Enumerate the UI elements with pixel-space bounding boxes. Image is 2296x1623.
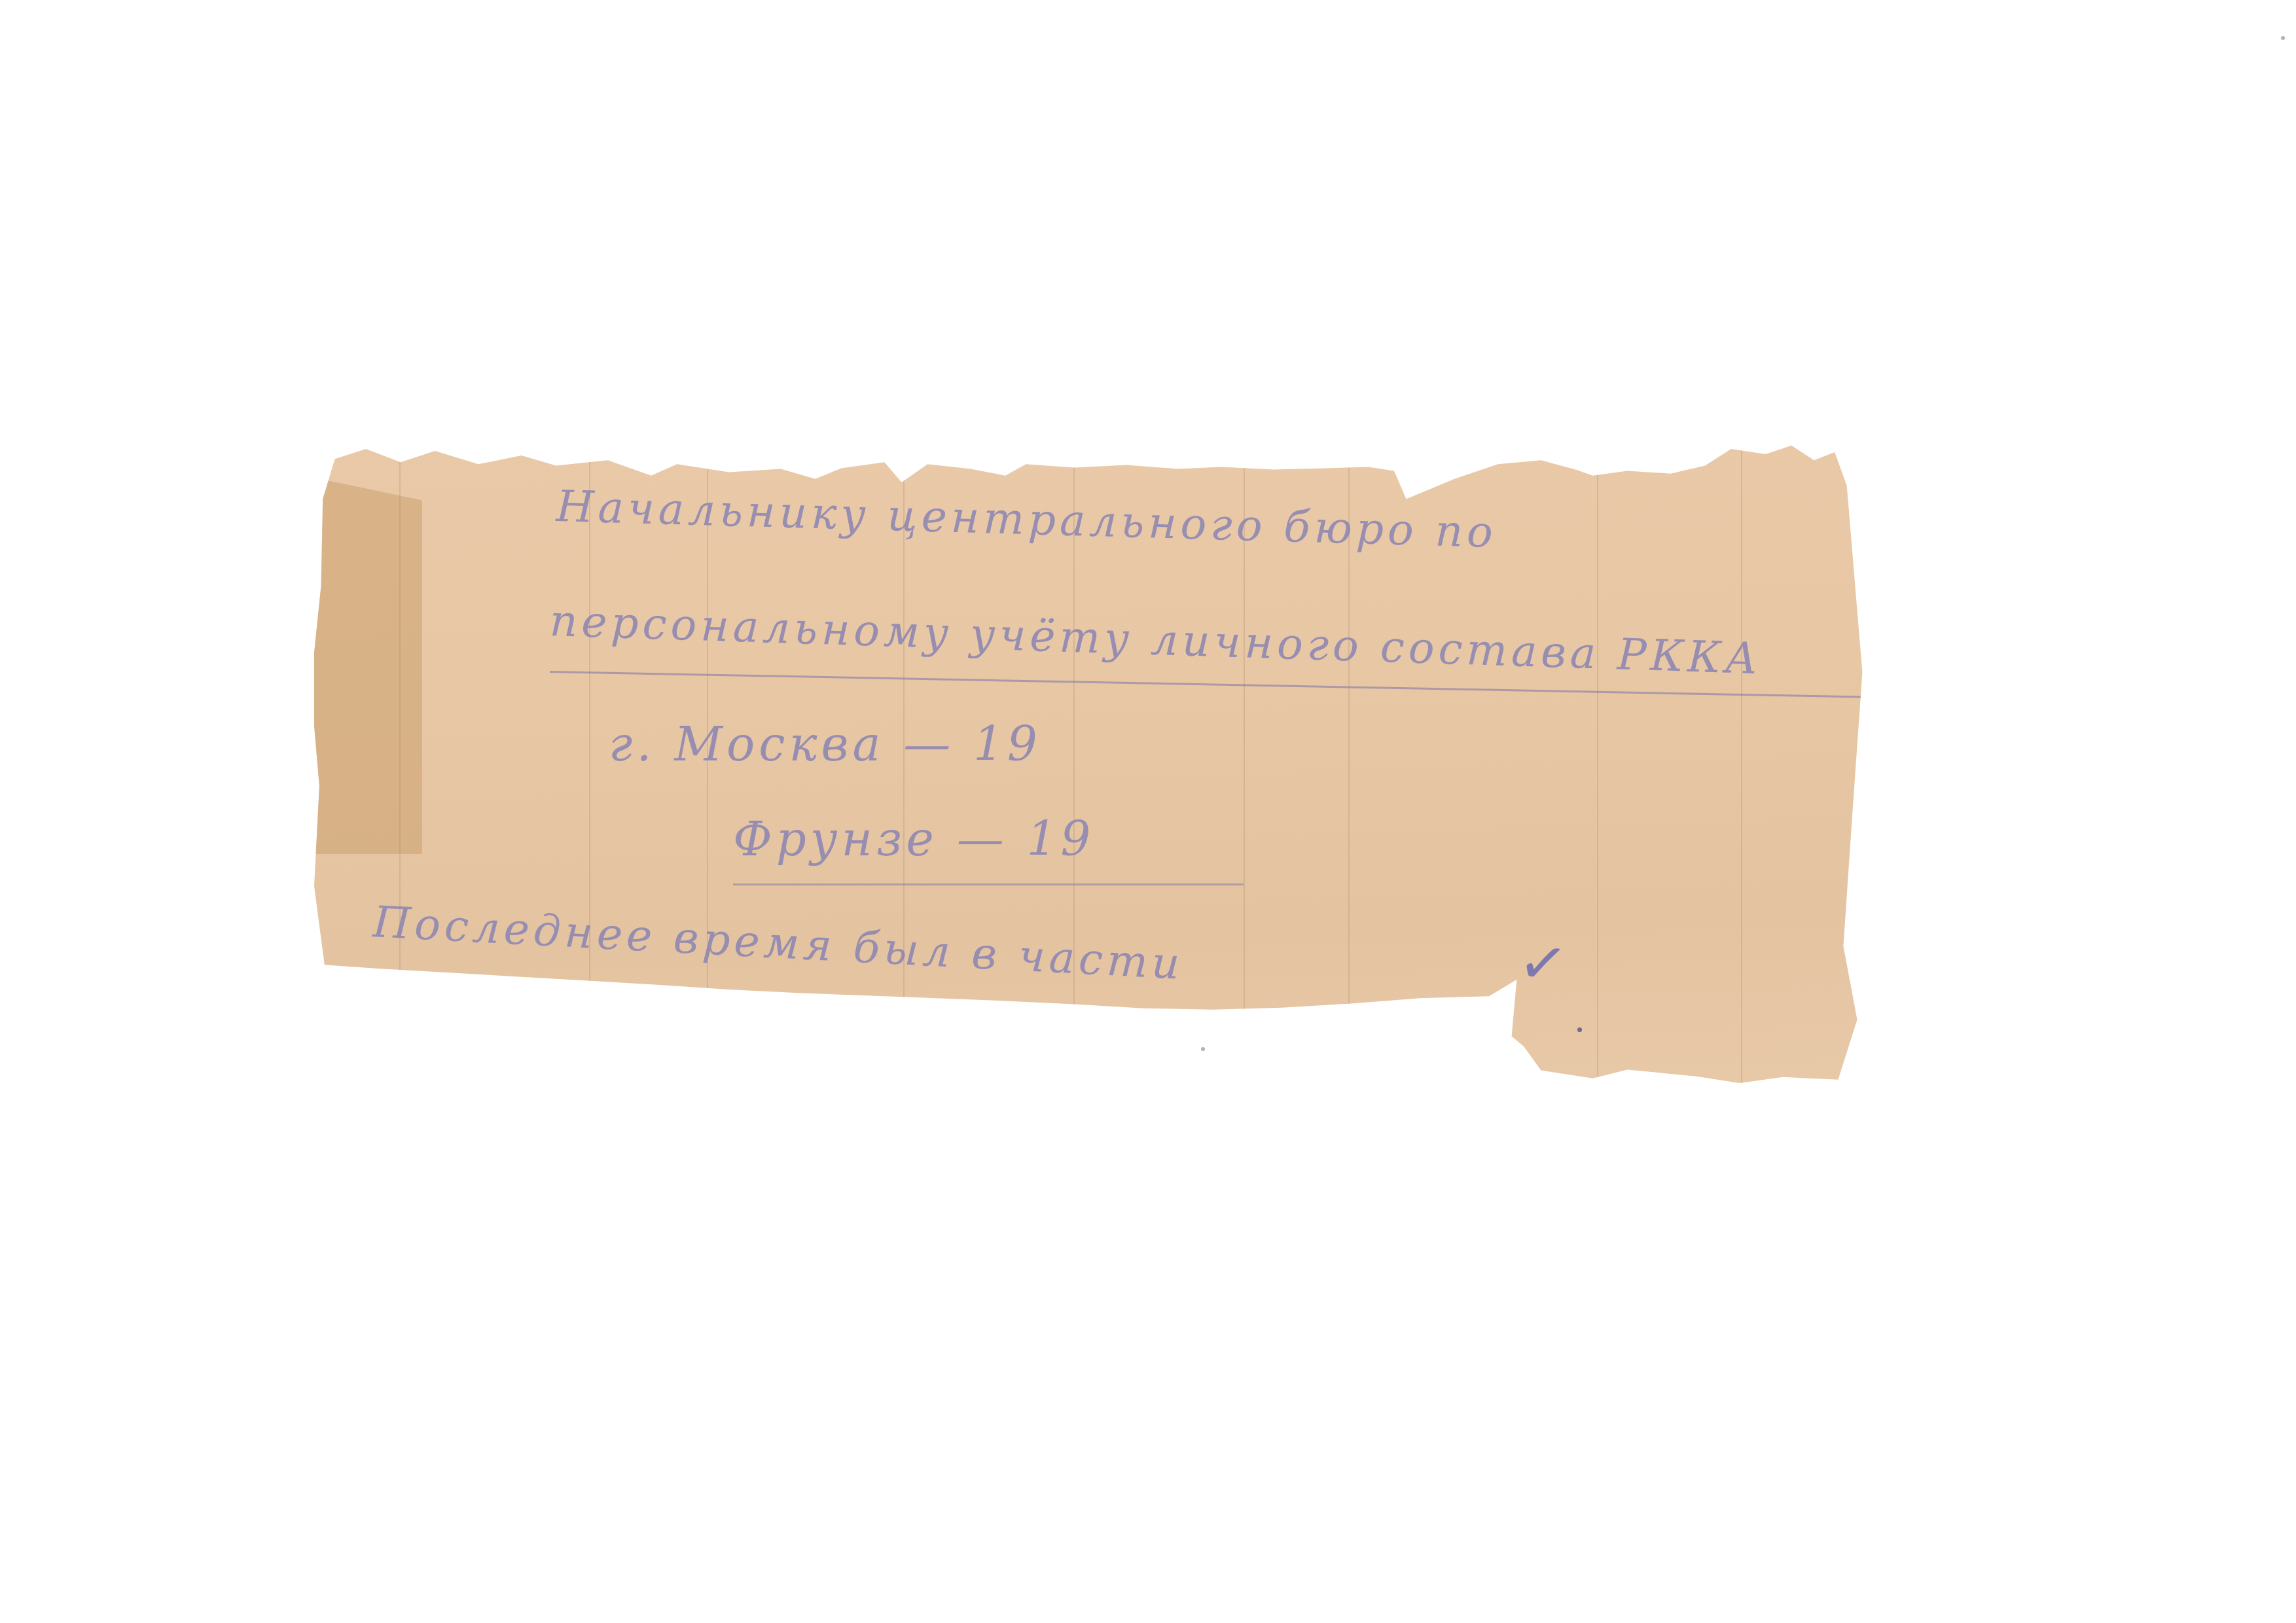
- paper-crease: [1741, 419, 1742, 1086]
- address-street: Фрунзе — 19: [733, 811, 1094, 866]
- checkmark-icon: ✓: [1514, 926, 1572, 1001]
- underline-rule-short: [733, 883, 1244, 885]
- scan-speck: [2281, 36, 2285, 40]
- addressee-line-2: персональному учёту личного состава РККА: [549, 596, 1763, 684]
- torn-paper-note: Начальнику центрального бюро по персонал…: [314, 419, 2042, 1086]
- note-line-1: Последнее время был в части: [372, 897, 1185, 990]
- tape-strip-right-lower: [1937, 870, 2016, 975]
- underline-rule: [550, 671, 2088, 702]
- tape-strip-left: [314, 478, 422, 854]
- paper-crease: [1597, 419, 1598, 1086]
- scanned-page: Начальнику центрального бюро по персонал…: [0, 0, 2296, 1623]
- paper-crease: [399, 419, 401, 1086]
- note-line-2: 22 июня 380 стр. дивизия: [424, 978, 1093, 1063]
- ink-dot: [1577, 1027, 1582, 1032]
- address-city: г. Москва — 19: [609, 717, 1041, 772]
- tape-strip-right: [1960, 573, 2042, 828]
- paper-crease: [1937, 419, 1939, 1086]
- scan-speck: [1201, 1047, 1205, 1051]
- addressee-line-1: Начальнику центрального бюро по: [556, 481, 1498, 558]
